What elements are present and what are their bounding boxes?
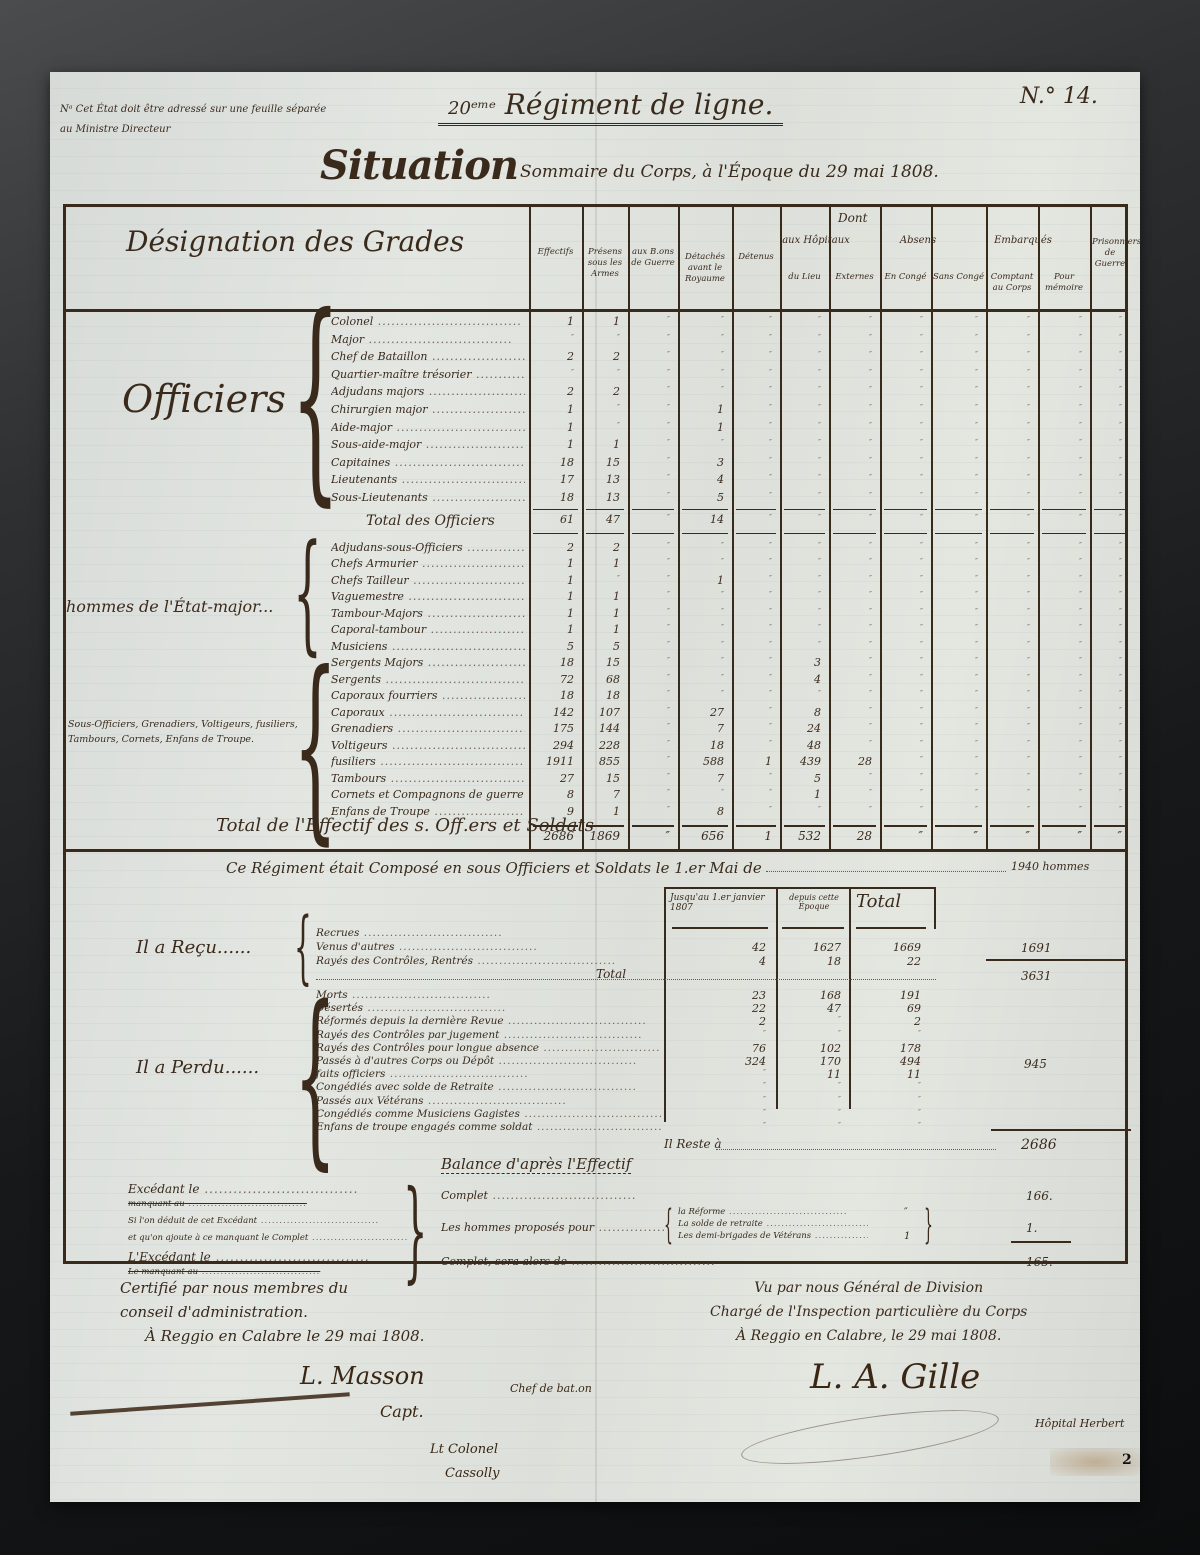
table-cell: ″: [682, 623, 724, 632]
table-cell: ″: [884, 403, 923, 412]
grand-total-cell: ″: [1094, 829, 1122, 843]
table-cell: 1: [586, 607, 620, 620]
movement-cell: 1627: [801, 941, 841, 954]
recu-label: Il a Reçu......: [136, 937, 251, 958]
movement-cell: ″: [726, 1068, 766, 1077]
table-cell: ″: [833, 788, 872, 797]
table-cell: ″: [1042, 438, 1082, 447]
table-cell: ″: [1094, 403, 1122, 412]
movement-cell: ″: [881, 1081, 921, 1090]
total-row-label: Total des Officiers: [366, 513, 525, 529]
table-cell: ″: [632, 623, 670, 632]
table-cell: ″: [990, 574, 1030, 583]
table-cell: ″: [1094, 473, 1122, 482]
table-cell: ″: [1042, 473, 1082, 482]
table-cell: 18: [533, 456, 574, 469]
table-cell: ″: [1042, 656, 1082, 665]
table-cell: ″: [990, 438, 1030, 447]
table-cell: 15: [586, 772, 620, 785]
table-cell: ″: [682, 385, 724, 394]
table-cell: 15: [586, 656, 620, 669]
situation-subtitle: Sommaire du Corps, à l'Époque du 29 mai …: [520, 162, 939, 182]
movement-row-label: Morts: [316, 989, 661, 1001]
row-label: Adjudans majors: [331, 385, 525, 398]
signature-flourish: [70, 1392, 350, 1416]
table-cell: 1: [682, 574, 724, 587]
table-cell: ″: [736, 689, 772, 698]
table-cell: ″: [1094, 623, 1122, 632]
table-cell: ″: [990, 590, 1030, 599]
table-cell: ″: [884, 706, 923, 715]
table-cell: 5: [533, 640, 574, 653]
table-cell: ″: [784, 513, 821, 522]
table-cell: ″: [990, 513, 1030, 522]
table-cell: ″: [833, 689, 872, 698]
table-cell: ″: [990, 456, 1030, 465]
table-cell: ″: [833, 607, 872, 616]
table-cell: 48: [784, 739, 821, 752]
column-rule: [880, 207, 882, 849]
grand-total-label: Total de l'Effectif des s. Off.ers et So…: [216, 815, 594, 836]
table-cell: 228: [586, 739, 620, 752]
cert-left-line-1: Certifié par nous membres du: [120, 1276, 424, 1300]
balance-left-label: et qu'on ajoute à ce manquant le Complet: [128, 1233, 408, 1243]
movement-row-label: Rayés des Contrôles pour longue absence: [316, 1042, 661, 1054]
row-label: Chefs Tailleur: [331, 574, 525, 587]
table-cell: ″: [784, 574, 821, 583]
table-cell: ″: [833, 513, 872, 522]
table-cell: ″: [736, 315, 772, 324]
table-cell: ″: [1042, 607, 1082, 616]
column-header-presents: Présens sous les Armes: [584, 247, 626, 280]
table-cell: ″: [1094, 673, 1122, 682]
movement-cell: 23: [726, 989, 766, 1002]
table-cell: ″: [632, 513, 670, 522]
column-header-effectif: Effectifs: [531, 247, 580, 258]
table-cell: ″: [935, 541, 978, 550]
table-cell: 1: [736, 755, 772, 768]
table-cell: ″: [784, 557, 821, 566]
table-cell: ″: [1094, 557, 1122, 566]
table-cell: ″: [784, 640, 821, 649]
column-header-hop_lieu: du Lieu: [782, 272, 827, 283]
table-cell: ″: [1042, 673, 1082, 682]
table-cell: ″: [784, 541, 821, 550]
row-label: Chef de Bataillon: [331, 350, 525, 363]
signature-general: L. A. Gille: [810, 1357, 980, 1397]
table-cell: ″: [736, 513, 772, 522]
table-cell: ″: [736, 456, 772, 465]
movement-row-label: Enfans de troupe engagés comme soldat: [316, 1121, 661, 1133]
table-cell: ″: [884, 640, 923, 649]
movement-cell: ″: [881, 1029, 921, 1038]
table-cell: ″: [1042, 722, 1082, 731]
row-label: Tambours: [331, 772, 525, 785]
table-cell: 8: [533, 788, 574, 801]
table-cell: 13: [586, 473, 620, 486]
table-cell: ″: [990, 421, 1030, 430]
table-cell: ″: [1042, 513, 1082, 522]
table-cell: ″: [632, 722, 670, 731]
cert-right-line-2: Chargé de l'Inspection particulière du C…: [710, 1300, 1027, 1324]
row-label: Grenadiers: [331, 722, 525, 735]
table-cell: ″: [736, 673, 772, 682]
table-cell: 1: [533, 607, 574, 620]
table-cell: ″: [1094, 421, 1122, 430]
table-cell: ″: [990, 656, 1030, 665]
table-cell: ″: [884, 755, 923, 764]
row-label: fusiliers: [331, 755, 525, 768]
regiment-name: Régiment de ligne.: [505, 88, 774, 121]
recu-sum: 1691: [1021, 941, 1052, 955]
table-cell: ″: [990, 673, 1030, 682]
grand-total-cell: ″: [990, 829, 1030, 843]
table-cell: 24: [784, 722, 821, 735]
table-cell: ″: [682, 315, 724, 324]
group-absens: Absens: [868, 235, 968, 246]
page-number: 2: [1122, 1452, 1132, 1468]
table-cell: ″: [884, 590, 923, 599]
table-cell: ″: [632, 755, 670, 764]
table-cell: 7: [682, 772, 724, 785]
row-label: Caporaux: [331, 706, 525, 719]
movement-cell: 69: [881, 1002, 921, 1015]
grand-total-cell: ″: [632, 829, 670, 843]
movement-cell: 170: [801, 1055, 841, 1068]
table-cell: 4: [784, 673, 821, 686]
table-cell: ″: [884, 385, 923, 394]
table-cell: ″: [935, 333, 978, 342]
table-cell: 1: [586, 438, 620, 451]
balance-row-value: 165.: [1026, 1255, 1053, 1269]
table-cell: ″: [935, 574, 978, 583]
table-cell: ″: [632, 805, 670, 814]
movement-cell: 494: [881, 1055, 921, 1068]
table-cell: 61: [533, 513, 574, 526]
table-cell: ″: [1094, 368, 1122, 377]
table-cell: ″: [632, 333, 670, 342]
movement-cell: ″: [801, 1015, 841, 1024]
table-cell: ″: [736, 491, 772, 500]
table-cell: ″: [1042, 368, 1082, 377]
table-cell: ″: [632, 656, 670, 665]
balance-row-value: 166.: [1026, 1189, 1053, 1203]
row-label: Sous-Lieutenants: [331, 491, 525, 504]
table-cell: 18: [586, 689, 620, 702]
balance-row-label: Complet, sera alors de: [441, 1255, 1001, 1268]
movement-row-label: Congédiés comme Musiciens Gagistes: [316, 1108, 661, 1120]
table-cell: ″: [784, 421, 821, 430]
table-cell: ″: [736, 722, 772, 731]
table-cell: ″: [990, 706, 1030, 715]
certification-right: Vu par nous Général de Division Chargé d…: [710, 1276, 1027, 1348]
table-cell: ″: [1042, 491, 1082, 500]
dont-header: Dont: [838, 211, 867, 225]
table-cell: ″: [990, 557, 1030, 566]
column-rule: [829, 207, 831, 849]
movement-cell: 11: [881, 1068, 921, 1081]
movement-cell: ″: [801, 1108, 841, 1117]
table-cell: ″: [736, 473, 772, 482]
cert-left-line-3: À Reggio en Calabre le 29 mai 1808.: [120, 1324, 424, 1348]
table-cell: 1: [586, 557, 620, 570]
table-cell: ″: [736, 640, 772, 649]
table-cell: ″: [990, 315, 1030, 324]
movement-cell: ″: [726, 1095, 766, 1104]
table-cell: ″: [1042, 456, 1082, 465]
table-cell: ″: [533, 368, 574, 377]
column-rule: [732, 207, 734, 849]
table-cell: ″: [784, 333, 821, 342]
table-cell: ″: [935, 315, 978, 324]
table-cell: 144: [586, 722, 620, 735]
table-cell: 68: [586, 673, 620, 686]
row-label: Sous-aide-major: [331, 438, 525, 451]
column-header-hop_externes: Externes: [831, 272, 878, 283]
signature-capt: Capt.: [380, 1402, 424, 1421]
row-label: Musiciens: [331, 640, 525, 653]
row-label: Lieutenants: [331, 473, 525, 486]
table-cell: ″: [935, 607, 978, 616]
table-cell: 1: [533, 315, 574, 328]
table-cell: ″: [632, 607, 670, 616]
signature-cassolly: Cassolly: [445, 1466, 500, 1481]
total-value: 3631: [1021, 969, 1052, 983]
table-cell: ″: [833, 368, 872, 377]
table-cell: ″: [884, 574, 923, 583]
margin-note: Nᵃ Cet État doit être adressé sur une fe…: [60, 100, 330, 140]
table-cell: ″: [990, 788, 1030, 797]
table-cell: ″: [632, 368, 670, 377]
movement-row-label: Rayés des Contrôles par jugement: [316, 1029, 661, 1041]
table-cell: ″: [990, 755, 1030, 764]
table-cell: ″: [682, 607, 724, 616]
table-cell: ″: [935, 513, 978, 522]
table-cell: ″: [1042, 403, 1082, 412]
table-cell: ″: [935, 755, 978, 764]
table-cell: ″: [632, 739, 670, 748]
movement-row-label: Désertés: [316, 1002, 661, 1014]
group-etat-major: hommes de l'État-major...: [66, 597, 273, 616]
movement-cell: 76: [726, 1042, 766, 1055]
movement-cell: 102: [801, 1042, 841, 1055]
table-cell: ″: [833, 541, 872, 550]
table-cell: 8: [682, 805, 724, 818]
column-rule: [678, 207, 680, 849]
movement-cell: 22: [726, 1002, 766, 1015]
table-cell: 855: [586, 755, 620, 768]
table-cell: ″: [884, 557, 923, 566]
proposed-item-label: La solde de retraite: [678, 1219, 868, 1229]
mov-col-2: depuis cette Époque: [782, 893, 846, 911]
movement-cell: 42: [726, 941, 766, 954]
corner-note: Hôpital Herbert: [1035, 1417, 1124, 1430]
table-cell: ″: [784, 590, 821, 599]
column-header-prisonniers: Prisonniers de Guerre: [1092, 237, 1128, 270]
table-cell: ″: [1042, 350, 1082, 359]
table-cell: ″: [1042, 574, 1082, 583]
table-cell: 4: [682, 473, 724, 486]
row-label: Sergents Majors: [331, 656, 525, 669]
table-cell: ″: [833, 805, 872, 814]
movement-row-label: Passés aux Vétérans: [316, 1095, 661, 1107]
table-cell: ″: [935, 623, 978, 632]
table-cell: ″: [736, 590, 772, 599]
table-cell: ″: [682, 656, 724, 665]
table-cell: ″: [784, 368, 821, 377]
table-cell: ″: [784, 689, 821, 698]
table-cell: 1: [682, 403, 724, 416]
row-label: Aide-major: [331, 421, 525, 434]
table-cell: 2: [586, 541, 620, 554]
table-cell: 1: [533, 421, 574, 434]
table-cell: ″: [736, 607, 772, 616]
table-cell: ″: [884, 788, 923, 797]
table-cell: ″: [833, 350, 872, 359]
table-cell: ″: [1094, 574, 1122, 583]
grand-total-cell: 1: [736, 829, 772, 843]
table-cell: ″: [736, 706, 772, 715]
table-cell: 588: [682, 755, 724, 768]
table-cell: ″: [632, 491, 670, 500]
table-cell: ″: [990, 333, 1030, 342]
table-cell: ″: [784, 315, 821, 324]
row-label: Sergents: [331, 673, 525, 686]
table-cell: ″: [833, 385, 872, 394]
regiment-number: 20ᵉᵐᵉ: [448, 98, 496, 119]
table-cell: 15: [586, 456, 620, 469]
table-cell: ″: [935, 385, 978, 394]
table-cell: ″: [884, 623, 923, 632]
table-cell: ″: [1094, 456, 1122, 465]
movement-row-label: Réformés depuis la dernière Revue: [316, 1015, 661, 1027]
table-cell: ″: [632, 640, 670, 649]
table-cell: ″: [935, 368, 978, 377]
table-cell: ″: [935, 557, 978, 566]
movement-row-label: Venus d'autres: [316, 941, 661, 953]
table-cell: ″: [736, 574, 772, 583]
table-cell: 3: [784, 656, 821, 669]
table-cell: ″: [632, 772, 670, 781]
movement-cell: 47: [801, 1002, 841, 1015]
table-cell: ″: [833, 673, 872, 682]
table-cell: ″: [682, 368, 724, 377]
table-cell: ″: [1042, 385, 1082, 394]
table-cell: ″: [935, 739, 978, 748]
grand-total-cell: ″: [935, 829, 978, 843]
table-cell: ″: [1042, 689, 1082, 698]
row-label: Chefs Armurier: [331, 557, 525, 570]
table-cell: ″: [833, 574, 872, 583]
column-rule: [986, 207, 988, 849]
table-cell: 7: [682, 722, 724, 735]
table-cell: ″: [833, 656, 872, 665]
table-cell: ″: [682, 640, 724, 649]
table-cell: ″: [833, 315, 872, 324]
table-cell: ″: [884, 438, 923, 447]
signature-masson: L. Masson: [300, 1362, 425, 1390]
table-cell: 294: [533, 739, 574, 752]
table-cell: 2: [533, 385, 574, 398]
table-cell: ″: [1094, 385, 1122, 394]
group-embarques: Embarqués: [973, 235, 1073, 246]
table-cell: ″: [1042, 805, 1082, 814]
table-cell: ″: [990, 805, 1030, 814]
table-cell: ″: [884, 513, 923, 522]
table-cell: ″: [1042, 755, 1082, 764]
table-cell: ″: [833, 438, 872, 447]
table-cell: ″: [935, 640, 978, 649]
table-cell: 7: [586, 788, 620, 801]
table-cell: ″: [990, 403, 1030, 412]
table-cell: ″: [533, 333, 574, 342]
table-cell: ″: [682, 350, 724, 359]
table-cell: ″: [935, 673, 978, 682]
header-rule: [66, 309, 1125, 312]
table-cell: ″: [736, 557, 772, 566]
table-cell: 5: [682, 491, 724, 504]
table-cell: ″: [833, 491, 872, 500]
balance-left-label: manquant au: [128, 1199, 408, 1209]
table-cell: 13: [586, 491, 620, 504]
table-cell: 1: [533, 574, 574, 587]
table-cell: ″: [884, 607, 923, 616]
balance-left-label: Si l'on déduit de cet Excédant: [128, 1216, 408, 1226]
table-cell: ″: [632, 315, 670, 324]
grand-total-cell: 532: [784, 829, 821, 843]
table-cell: ″: [884, 491, 923, 500]
row-label: Caporaux fourriers: [331, 689, 525, 702]
group-hopitaux: aux Hôpitaux: [766, 235, 866, 246]
table-cell: 27: [533, 772, 574, 785]
regiment-title: 20ᵉᵐᵉ Régiment de ligne.: [438, 88, 783, 126]
table-cell: ″: [1094, 805, 1122, 814]
row-label: Major: [331, 333, 525, 346]
table-cell: ″: [736, 805, 772, 814]
table-cell: ″: [736, 623, 772, 632]
table-cell: ″: [1094, 706, 1122, 715]
table-cell: ″: [884, 656, 923, 665]
table-cell: ″: [1094, 541, 1122, 550]
table-cell: 2: [533, 350, 574, 363]
movement-cell: 191: [881, 989, 921, 1002]
table-cell: ″: [935, 456, 978, 465]
column-header-emb_corps: Comptant au Corps: [988, 272, 1036, 294]
table-cell: 5: [586, 640, 620, 653]
table-cell: ″: [682, 333, 724, 342]
group-sous-officiers: Sous-Officiers, Grenadiers, Voltigeurs, …: [68, 717, 303, 747]
table-cell: ″: [736, 403, 772, 412]
movement-cell: 11: [801, 1068, 841, 1081]
table-cell: 1: [586, 315, 620, 328]
table-cell: ″: [884, 421, 923, 430]
table-cell: ″: [632, 557, 670, 566]
table-cell: ″: [935, 805, 978, 814]
table-cell: 14: [682, 513, 724, 526]
table-cell: ″: [586, 333, 620, 342]
table-cell: ″: [990, 607, 1030, 616]
column-header-detenus: Détenus: [734, 252, 778, 263]
table-cell: ″: [784, 403, 821, 412]
table-cell: ″: [884, 368, 923, 377]
table-cell: ″: [884, 689, 923, 698]
row-label: Caporal-tambour: [331, 623, 525, 636]
grand-total-cell: ″: [884, 829, 923, 843]
balance-left-label: L'Excédant le: [128, 1250, 408, 1264]
table-cell: ″: [884, 473, 923, 482]
cert-left-line-2: conseil d'administration.: [120, 1300, 424, 1324]
table-cell: 142: [533, 706, 574, 719]
